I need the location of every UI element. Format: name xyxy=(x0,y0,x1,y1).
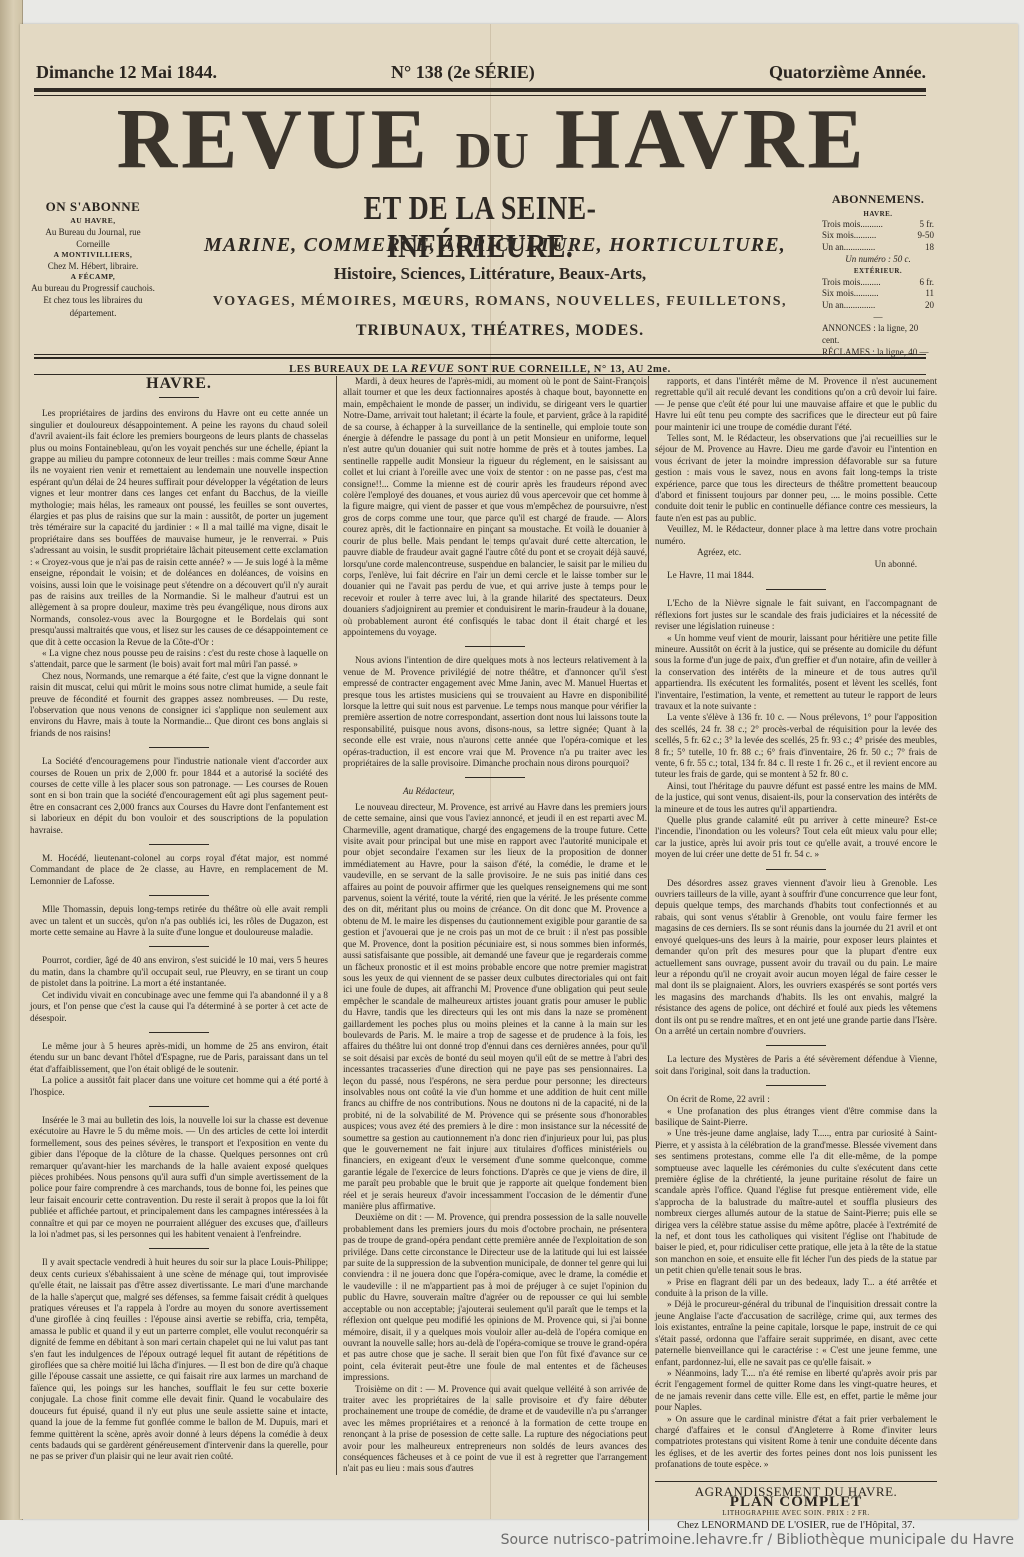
article-rome: On écrit de Rome, 22 avril : xyxy=(655,1094,937,1105)
topics-line-3: VOYAGES, MÉMOIRES, MŒURS, ROMANS, NOUVEL… xyxy=(200,294,800,310)
letter-body: Le nouveau directeur, M. Provence, est a… xyxy=(343,802,647,1213)
single-issue-price: Un numéro : 50 c. xyxy=(822,254,934,266)
source-credit: Source nutrisco-patrimoine.lehavre.fr / … xyxy=(501,1532,1014,1548)
topics-line-4: TRIBUNAUX, THÉATRES, MODES. xyxy=(350,322,650,340)
header-rule xyxy=(34,354,926,355)
newspaper-title: REVUE DU HAVRE xyxy=(58,97,926,183)
letter-salutation: Au Rédacteur, xyxy=(343,786,647,797)
topics-line-2: Histoire, Sciences, Littérature, Beaux-A… xyxy=(300,264,680,284)
price-row: Trois mois..........5 fr. xyxy=(822,219,934,231)
letter-signature: Un abonné. xyxy=(655,559,917,570)
topics-line-1: MARINE, COMMERCE, AGRICULTURE, HORTICULT… xyxy=(150,234,840,257)
section-heading-havre: HAVRE. xyxy=(30,378,328,389)
column-1: HAVRE. Les propriétaires de jardins des … xyxy=(30,376,328,1463)
letter-dateline: Le Havre, 11 mai 1844. xyxy=(655,570,937,581)
article-courses: La Société d'encouragemens pour l'indust… xyxy=(30,756,328,836)
issue-year: Quatorzième Année. xyxy=(769,62,926,83)
article-pourrot: Pourrot, cordier, âgé de 40 ans environ,… xyxy=(30,955,328,989)
price-row: Un an..............18 xyxy=(822,242,934,254)
subscription-prices: ABONNEMENS. HAVRE. Trois mois..........5… xyxy=(822,192,934,358)
price-row: Six mois...........11 xyxy=(822,288,934,300)
price-row: Six mois..........9-50 xyxy=(822,230,934,242)
advertisement-plan: AGRANDISSEMENT DU HAVRE. PLAN COMPLET LI… xyxy=(655,1481,937,1532)
subscribe-heading: ON S'ABONNE xyxy=(28,198,158,216)
article-hocede: M. Hocédé, lieutenant-colonel au corps r… xyxy=(30,853,328,887)
article-mysteres: La lecture des Mystères de Paris a été s… xyxy=(655,1054,937,1077)
article-douanier: Mardi, à deux heures de l'après-midi, au… xyxy=(343,376,647,638)
article-provence-intro: Nous avions l'intention de dire quelques… xyxy=(343,655,647,769)
column-3: rapports, et dans l'intérêt même de M. P… xyxy=(648,376,937,1531)
column-2: Mardi, à deux heures de l'après-midi, au… xyxy=(336,376,647,1475)
subscribe-line: A FÉCAMP, xyxy=(28,272,158,282)
price-row: Trois mois.........6 fr. xyxy=(822,277,934,289)
article-menage: Il y avait spectacle vendredi à huit heu… xyxy=(30,1257,328,1462)
issue-number: N° 138 (2e SÉRIE) xyxy=(391,62,535,83)
subscribe-line: AU HAVRE, xyxy=(28,216,158,226)
subscribe-info: ON S'ABONNE AU HAVRE,Au Bureau du Journa… xyxy=(28,198,158,319)
subscribe-line: Au Bureau du Journal, rue Corneille xyxy=(28,226,158,250)
article-nievre: L'Echo de la Nièvre signale le fait suiv… xyxy=(655,598,937,632)
price-row: Un an..............20 xyxy=(822,300,934,312)
ad-price: ANNONCES : la ligne, 20 cent. xyxy=(822,323,934,346)
subscribe-line: Chez M. Hébert, libraire. xyxy=(28,260,158,272)
subscribe-line: A MONTIVILLIERS, xyxy=(28,250,158,260)
article-grenoble: Des désordres assez graves viennent d'av… xyxy=(655,878,937,1038)
subscribe-line: Au bureau du Progressif cauchois. xyxy=(28,282,158,294)
article-thomassin: Mlle Thomassin, depuis long-temps retiré… xyxy=(30,904,328,938)
article-grapes: Les propriétaires de jardins des environ… xyxy=(30,408,328,648)
article-hospice: Le même jour à 5 heures après-midi, un h… xyxy=(30,1041,328,1075)
subscribe-line: Et chez tous les libraires du départemen… xyxy=(28,294,158,318)
issue-date: Dimanche 12 Mai 1844. xyxy=(36,62,217,83)
prices-heading: ABONNEMENS. xyxy=(822,192,934,208)
article-chasse: Insérée le 3 mai au bulletin des lois, l… xyxy=(30,1115,328,1240)
